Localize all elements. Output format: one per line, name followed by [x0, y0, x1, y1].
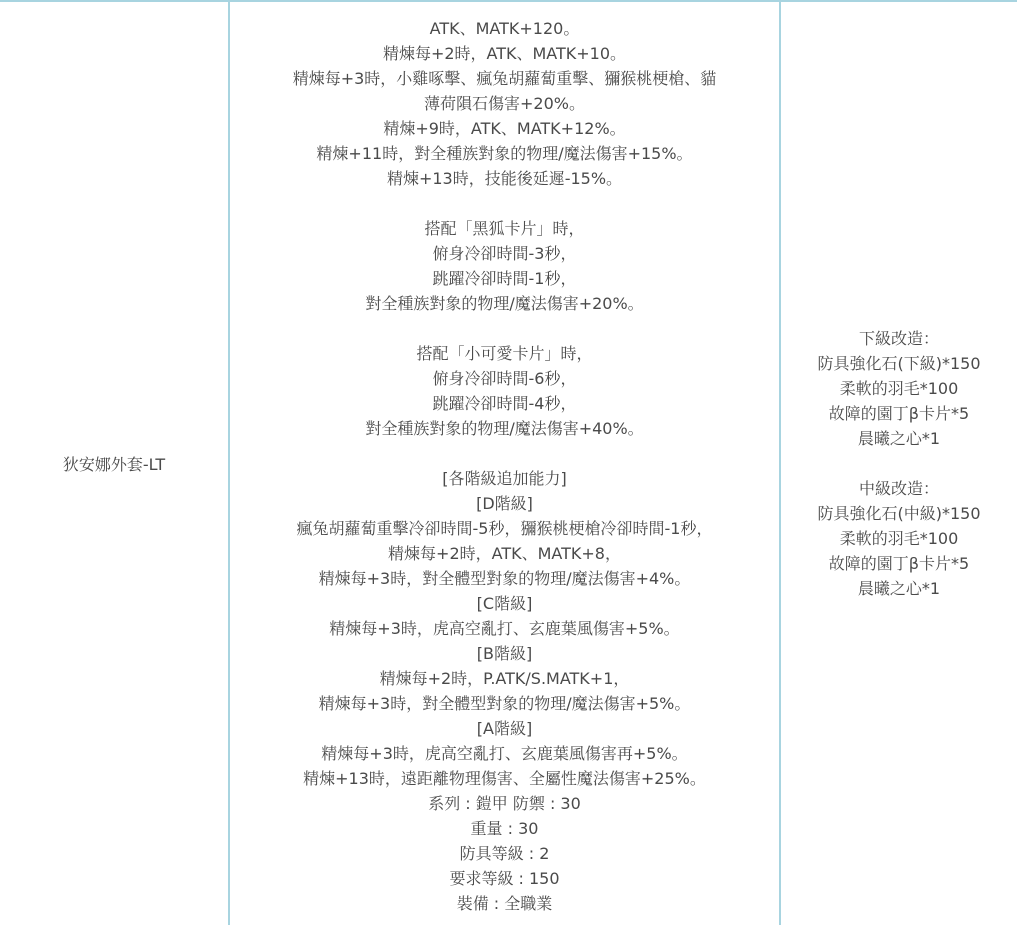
upgrade-line: 晨曦之心*1	[858, 426, 940, 451]
description-line: ATK、MATK+120。	[430, 16, 580, 41]
description-line: 精煉+13時，技能後延遲-15%。	[387, 166, 622, 191]
description-line: [C階級]	[477, 591, 533, 616]
description-line: 俯身冷卻時間-3秒，	[433, 241, 577, 266]
description-line: 防具等級 : 2	[460, 841, 550, 866]
description-line: 精煉每+3時，對全體型對象的物理/魔法傷害+5%。	[319, 691, 691, 716]
description-line: 重量 : 30	[471, 816, 539, 841]
upgrade-line: 柔軟的羽毛*100	[840, 376, 959, 401]
description-line: 精煉+13時，遠距離物理傷害、全屬性魔法傷害+25%。	[303, 766, 706, 791]
item-description: ATK、MATK+120。精煉每+2時，ATK、MATK+10。精煉每+3時，小…	[293, 16, 717, 916]
upgrade-line: 晨曦之心*1	[858, 576, 940, 601]
upgrade-line: 下級改造：	[859, 326, 939, 351]
description-line: [B階級]	[477, 641, 532, 666]
item-upgrade-cell: 下級改造：防具強化石(下級)*150柔軟的羽毛*100故障的園丁β卡片*5晨曦之…	[781, 2, 1017, 925]
description-line: 俯身冷卻時間-6秒，	[433, 366, 577, 391]
description-line: 精煉每+2時，P.ATK/S.MATK+1，	[380, 666, 630, 691]
description-line: 搭配「小可愛卡片」時，	[416, 341, 592, 366]
item-description-cell: ATK、MATK+120。精煉每+2時，ATK、MATK+10。精煉每+3時，小…	[230, 2, 781, 925]
description-line: 要求等級 : 150	[449, 866, 559, 891]
description-line: 搭配「黑狐卡片」時，	[424, 216, 584, 241]
upgrade-materials: 下級改造：防具強化石(下級)*150柔軟的羽毛*100故障的園丁β卡片*5晨曦之…	[817, 326, 980, 601]
description-line: 精煉每+2時，ATK、MATK+8，	[388, 541, 621, 566]
description-line: [各階級追加能力]	[442, 466, 567, 491]
item-name: 狄安娜外套-LT	[63, 452, 165, 475]
upgrade-line: 故障的園丁β卡片*5	[829, 551, 969, 576]
description-line: 瘋兔胡蘿蔔重擊冷卻時間-5秒，獼猴桃梗槍冷卻時間-1秒，	[297, 516, 713, 541]
upgrade-line: 柔軟的羽毛*100	[840, 526, 959, 551]
description-line: 對全種族對象的物理/魔法傷害+20%。	[365, 291, 643, 316]
description-line: [D階級]	[476, 491, 533, 516]
description-line: [A階級]	[477, 716, 532, 741]
description-line: 精煉+11時，對全種族對象的物理/魔法傷害+15%。	[316, 141, 692, 166]
upgrade-line: 中級改造：	[859, 476, 939, 501]
upgrade-line: 防具強化石(下級)*150	[817, 351, 980, 376]
description-line: 跳躍冷卻時間-1秒，	[433, 266, 577, 291]
description-line: 精煉每+2時，ATK、MATK+10。	[383, 41, 626, 66]
description-line: 裝備 : 全職業	[457, 891, 553, 916]
description-line: 對全種族對象的物理/魔法傷害+40%。	[365, 416, 643, 441]
description-line: 精煉每+3時，虎高空亂打、玄鹿葉風傷害+5%。	[329, 616, 679, 641]
description-line: 系列 : 鎧甲 防禦 : 30	[428, 791, 581, 816]
description-line: 精煉每+3時，虎高空亂打、玄鹿葉風傷害再+5%。	[321, 741, 687, 766]
description-line: 精煉每+3時，對全體型對象的物理/魔法傷害+4%。	[319, 566, 691, 591]
item-name-cell: 狄安娜外套-LT	[0, 2, 230, 925]
description-line: 精煉每+3時，小雞啄擊、瘋兔胡蘿蔔重擊、獼猴桃梗槍、貓	[293, 66, 717, 91]
upgrade-line: 故障的園丁β卡片*5	[829, 401, 969, 426]
description-line: 跳躍冷卻時間-4秒，	[433, 391, 577, 416]
description-line: 精煉+9時，ATK、MATK+12%。	[383, 116, 625, 141]
description-line: 薄荷隕石傷害+20%。	[424, 91, 585, 116]
upgrade-line: 防具強化石(中級)*150	[817, 501, 980, 526]
item-table: 狄安娜外套-LT ATK、MATK+120。精煉每+2時，ATK、MATK+10…	[0, 0, 1017, 925]
